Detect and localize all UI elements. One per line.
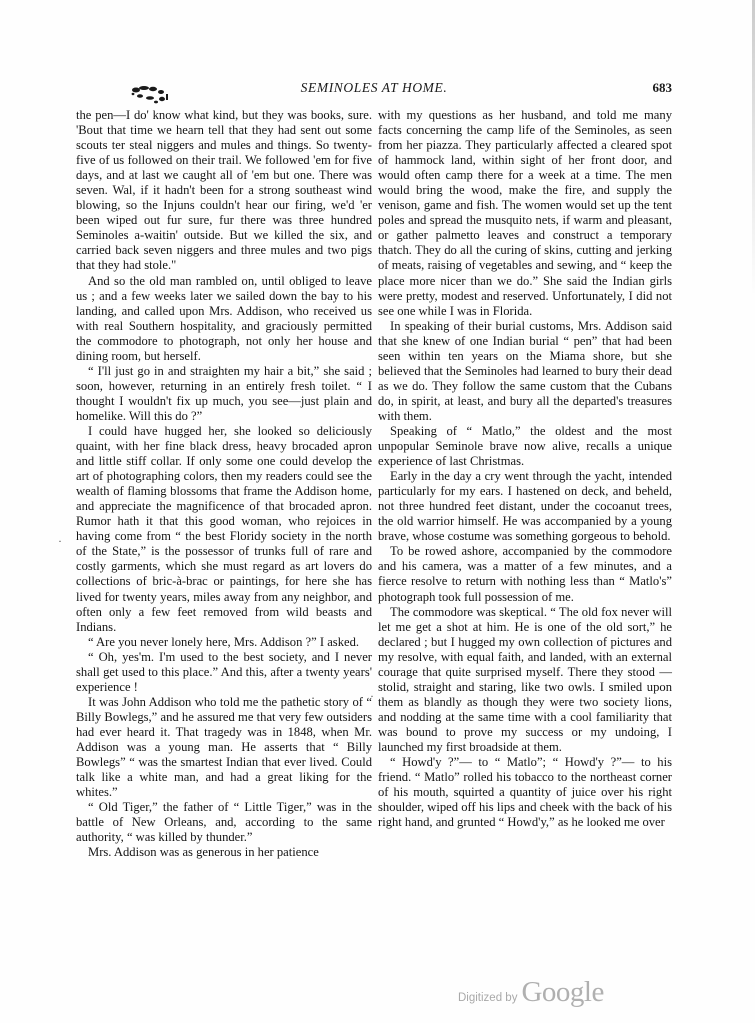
watermark-prefix: Digitized by — [458, 992, 517, 1004]
paragraph: “ Howd'y ?”— to “ Matlo”; “ Howd'y ?”— t… — [378, 755, 672, 830]
paragraph: In speaking of their burial customs, Mrs… — [378, 319, 672, 424]
left-column: the pen—I do' know what kind, but they w… — [76, 108, 372, 860]
paragraph: “ I'll just go in and straighten my hair… — [76, 364, 372, 424]
paragraph: Speaking of “ Matlo,” the oldest and the… — [378, 424, 672, 469]
google-logo: Google — [521, 976, 603, 1009]
paragraph: “ Old Tiger,” the father of “ Little Tig… — [76, 800, 372, 845]
paragraph: I could have hugged her, she looked so d… — [76, 424, 372, 635]
paragraph: Early in the day a cry went through the … — [378, 469, 672, 544]
right-column: with my questions as her husband, and to… — [378, 108, 672, 830]
paragraph: “ Oh, yes'm. I'm used to the best societ… — [76, 650, 372, 695]
paragraph: Mrs. Addison was as generous in her pati… — [76, 845, 372, 860]
paragraph: It was John Addison who told me the path… — [76, 695, 372, 800]
running-title: SEMINOLES AT HOME. — [76, 80, 672, 96]
paragraph: The commodore was skeptical. “ The old f… — [378, 605, 672, 755]
page-number: 683 — [653, 80, 673, 96]
paragraph: To be rowed ashore, accompanied by the c… — [378, 544, 672, 604]
scanned-page: SEMINOLES AT HOME. 683 the pen—I do' kno… — [0, 0, 755, 1023]
paragraph: And so the old man rambled on, until obl… — [76, 274, 372, 364]
margin-speck: · — [370, 689, 374, 704]
digitized-by-google-watermark: Digitized by Google — [458, 976, 604, 1006]
paragraph: with my questions as her husband, and to… — [378, 108, 672, 319]
paragraph: “ Are you never lonely here, Mrs. Addiso… — [76, 635, 372, 650]
running-header: SEMINOLES AT HOME. 683 — [76, 80, 672, 98]
paragraph: the pen—I do' know what kind, but they w… — [76, 108, 372, 274]
margin-speck: · — [58, 534, 62, 549]
